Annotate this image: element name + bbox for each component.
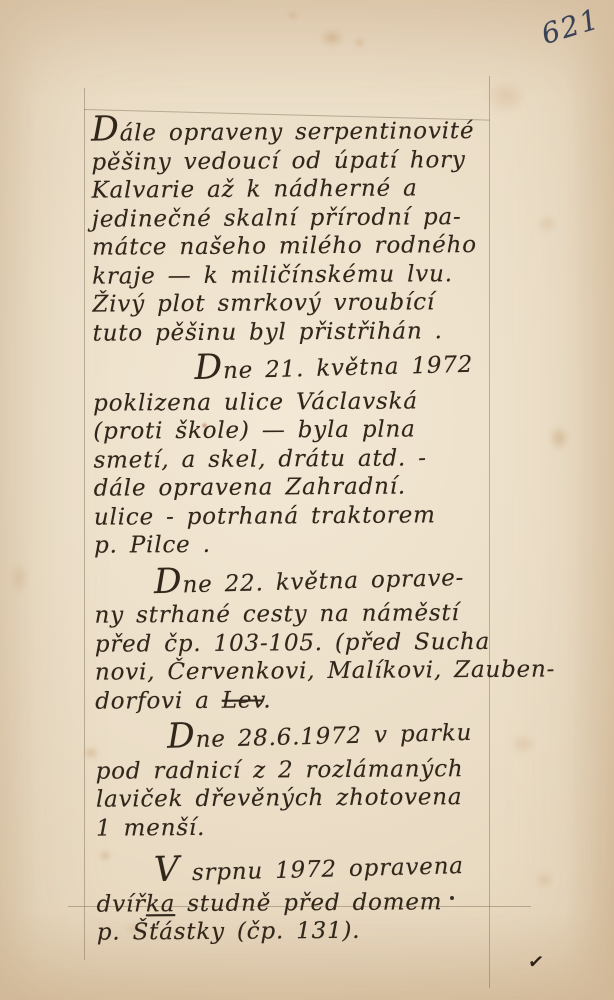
stain [352, 36, 367, 49]
handwritten-text: Dále opraveny serpentinovité pěšiny vedo… [91, 109, 575, 947]
check-mark: ✓ [527, 950, 546, 974]
paragraph-22-may-1972: Dne 22. května oprave- ny strhané cesty … [94, 563, 573, 716]
paragraph-21-may-1972: Dne 21. května 1972 poklizena ulice Václ… [93, 350, 572, 560]
text-line: novi, Červenkovi, Malíkovi, Zauben- [95, 655, 573, 687]
text-line: laviček dřevěných zhotovena [96, 782, 574, 814]
text-line: kraje — k miličínskému lvu. [92, 259, 570, 291]
text-line: ny strhané cesty na náměstí [95, 598, 573, 630]
manuscript-page: { "page_number": "621", "marks": { "chec… [0, 0, 614, 1000]
underlined-letters: ka [146, 891, 175, 917]
margin-line-left [84, 88, 85, 960]
text-line: Dne 22. května oprave- [94, 554, 573, 602]
text-line: p. Šťástky (čp. 131). [97, 915, 575, 947]
paragraph-repairs-paths: Dále opraveny serpentinovité pěšiny vedo… [91, 109, 571, 347]
text-line: V srpnu 1972 opravena [96, 842, 575, 890]
stain [6, 556, 32, 600]
text-line: Dne 21. května 1972 [92, 341, 571, 389]
text-segment: dvíř [97, 891, 146, 917]
paragraph-august-1972: V srpnu 1972 opravena dvířka studně před… [96, 851, 575, 947]
stain [316, 26, 348, 50]
text-line: Živý plot smrkový vroubící [92, 287, 570, 319]
text-line: ulice - potrhaná traktorem [94, 500, 572, 532]
text-line: před čp. 103-105. (před Sucha [95, 627, 573, 659]
ink-dot [450, 896, 454, 900]
text-line: dále opravena Zahradní. [94, 471, 572, 503]
text-line: smetí, a skel, drátu atd. - [93, 443, 571, 475]
text-line: pěšiny vedoucí od úpatí hory [91, 145, 569, 177]
text-line: 1 menší. [96, 811, 574, 843]
text-line: Dne 28.6.1972 v parku [95, 709, 574, 757]
text-segment: dorfovi a [95, 687, 222, 714]
text-line: poklizena ulice Václavská [93, 386, 571, 418]
struck-word: Lev [222, 687, 264, 713]
text-line: Kalvarie až k nádherné a [92, 173, 570, 205]
text-line: (proti škole) — byla plna [93, 414, 571, 446]
text-line: jedinečné skalní přírodní pa- [92, 202, 570, 234]
text-segment: studně před domem [175, 889, 442, 917]
stain [286, 10, 299, 21]
text-line: mátce našeho milého rodného [92, 230, 570, 262]
text-line: pod radnicí z 2 rozlámaných [96, 754, 574, 786]
text-segment: . [263, 687, 271, 713]
text-line: Dále opraveny serpentinovité [91, 109, 569, 148]
paragraph-28-june-1972: Dne 28.6.1972 v parku pod radnicí z 2 ro… [95, 718, 574, 842]
text-line-with-underline: dvířka studně před domem [97, 887, 575, 919]
page-number: 621 [537, 2, 604, 51]
